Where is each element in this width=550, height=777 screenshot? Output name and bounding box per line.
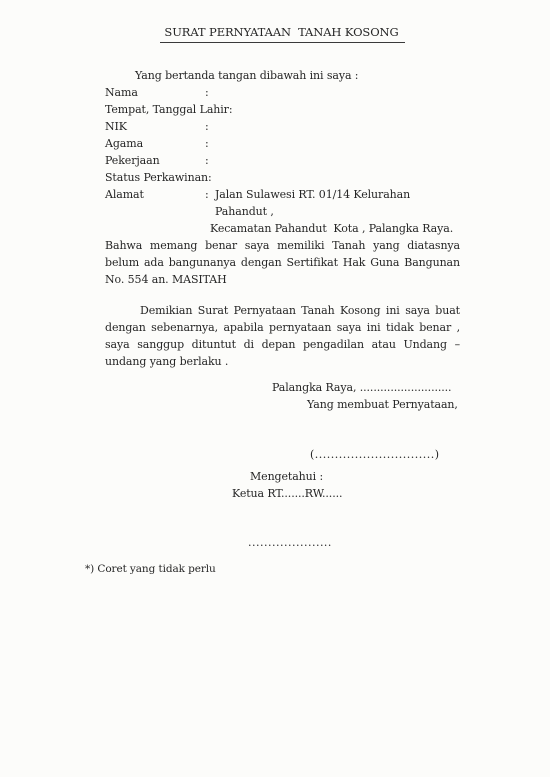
field-colon: : xyxy=(208,169,218,186)
opening-statement: Yang bertanda tangan dibawah ini saya : xyxy=(105,67,460,84)
field-row-agama: Agama : xyxy=(105,135,460,152)
field-colon: : xyxy=(205,186,215,220)
statement-paragraph: Bahwa memang benar saya memiliki Tanah y… xyxy=(105,237,460,288)
acknowledgement-label: Mengetahui : xyxy=(250,468,460,485)
field-row-tempat-tanggal-lahir: Tempat, Tanggal Lahir : xyxy=(105,101,460,118)
document-title: SURAT PERNYATAAN TANAH KOSONG xyxy=(105,24,460,43)
field-row-alamat: Alamat : Jalan Sulawesi RT. 01/14 Kelura… xyxy=(105,186,460,220)
field-colon: : xyxy=(229,101,239,118)
field-label: Pekerjaan xyxy=(105,152,205,169)
signature-name-placeholder: (..............................) xyxy=(310,446,460,463)
footnote: *) Coret yang tidak perlu xyxy=(85,561,460,578)
field-row-nama: Nama : xyxy=(105,84,460,101)
document-title-text: SURAT PERNYATAAN TANAH KOSONG xyxy=(160,24,404,43)
field-colon: : xyxy=(205,152,215,169)
field-label: Agama xyxy=(105,135,205,152)
field-value-alamat-line1: Jalan Sulawesi RT. 01/14 Kelurahan Pahan… xyxy=(215,186,460,220)
field-label: NIK xyxy=(105,118,205,135)
signature-place-date: Palangka Raya, .........................… xyxy=(272,379,460,396)
field-colon: : xyxy=(205,118,215,135)
field-colon: : xyxy=(205,135,215,152)
field-label: Alamat xyxy=(105,186,205,220)
document-content: SURAT PERNYATAAN TANAH KOSONG Yang berta… xyxy=(105,24,460,578)
document-page: SURAT PERNYATAAN TANAH KOSONG Yang berta… xyxy=(0,0,550,777)
field-label: Tempat, Tanggal Lahir xyxy=(105,101,229,118)
field-value-alamat-line2: Kecamatan Pahandut Kota , Palangka Raya. xyxy=(210,220,460,237)
field-label: Status Perkawinan xyxy=(105,169,208,186)
field-row-status-perkawinan: Status Perkawinan : xyxy=(105,169,460,186)
field-label: Nama xyxy=(105,84,205,101)
signature-signer-title: Yang membuat Pernyataan, xyxy=(307,396,460,413)
closing-paragraph: Demikian Surat Pernyataan Tanah Kosong i… xyxy=(105,302,460,370)
acknowledgement-role: Ketua RT.......RW...... xyxy=(232,485,460,502)
field-row-pekerjaan: Pekerjaan : xyxy=(105,152,460,169)
acknowledgement-signature-line: ..................... xyxy=(248,534,460,551)
field-colon: : xyxy=(205,84,215,101)
field-row-nik: NIK : xyxy=(105,118,460,135)
